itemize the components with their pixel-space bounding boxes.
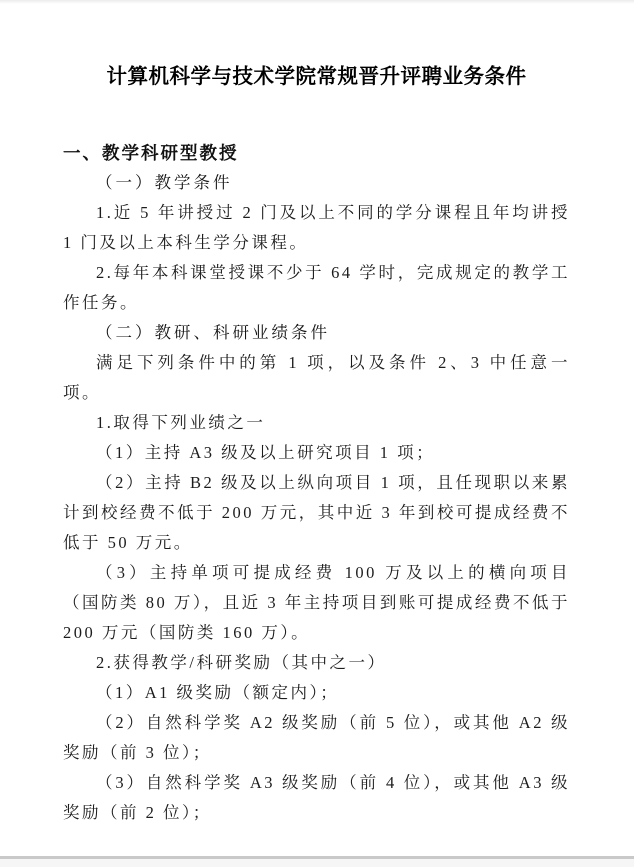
- paragraph-achievement-1: （1）主持 A3 级及以上研究项目 1 项；: [63, 438, 570, 468]
- document-page: 计算机科学与技术学院常规晋升评聘业务条件 一、教学科研型教授 （一）教学条件 1…: [0, 0, 634, 867]
- subheading-teaching-conditions: （一）教学条件: [63, 168, 570, 198]
- paragraph-award-3: （3）自然科学奖 A3 级奖励（前 4 位），或其他 A3 级奖励（前 2 位）…: [63, 768, 570, 828]
- paragraph-conditions-intro: 满足下列条件中的第 1 项，以及条件 2、3 中任意一项。: [63, 348, 570, 408]
- paragraph-award-1: （1）A1 级奖励（额定内）；: [63, 678, 570, 708]
- paragraph-award-header: 2.获得教学/科研奖励（其中之一）: [63, 648, 570, 678]
- document-title: 计算机科学与技术学院常规晋升评聘业务条件: [63, 0, 570, 91]
- document-content: 计算机科学与技术学院常规晋升评聘业务条件 一、教学科研型教授 （一）教学条件 1…: [63, 0, 570, 828]
- paragraph-award-2: （2）自然科学奖 A2 级奖励（前 5 位），或其他 A2 级奖励（前 3 位）…: [63, 708, 570, 768]
- section-heading: 一、教学科研型教授: [63, 138, 570, 168]
- viewer-background-strip: [0, 859, 634, 867]
- paragraph-achievement-3: （3）主持单项可提成经费 100 万及以上的横向项目（国防类 80 万），且近 …: [63, 558, 570, 648]
- paragraph-teaching-item-2: 2.每年本科课堂授课不少于 64 学时，完成规定的教学工作任务。: [63, 258, 570, 318]
- paragraph-achievement-header: 1.取得下列业绩之一: [63, 408, 570, 438]
- subheading-research-conditions: （二）教研、科研业绩条件: [63, 318, 570, 348]
- paragraph-achievement-2: （2）主持 B2 级及以上纵向项目 1 项，且任现职以来累计到校经费不低于 20…: [63, 468, 570, 558]
- paragraph-teaching-item-1: 1.近 5 年讲授过 2 门及以上不同的学分课程且年均讲授 1 门及以上本科生学…: [63, 198, 570, 258]
